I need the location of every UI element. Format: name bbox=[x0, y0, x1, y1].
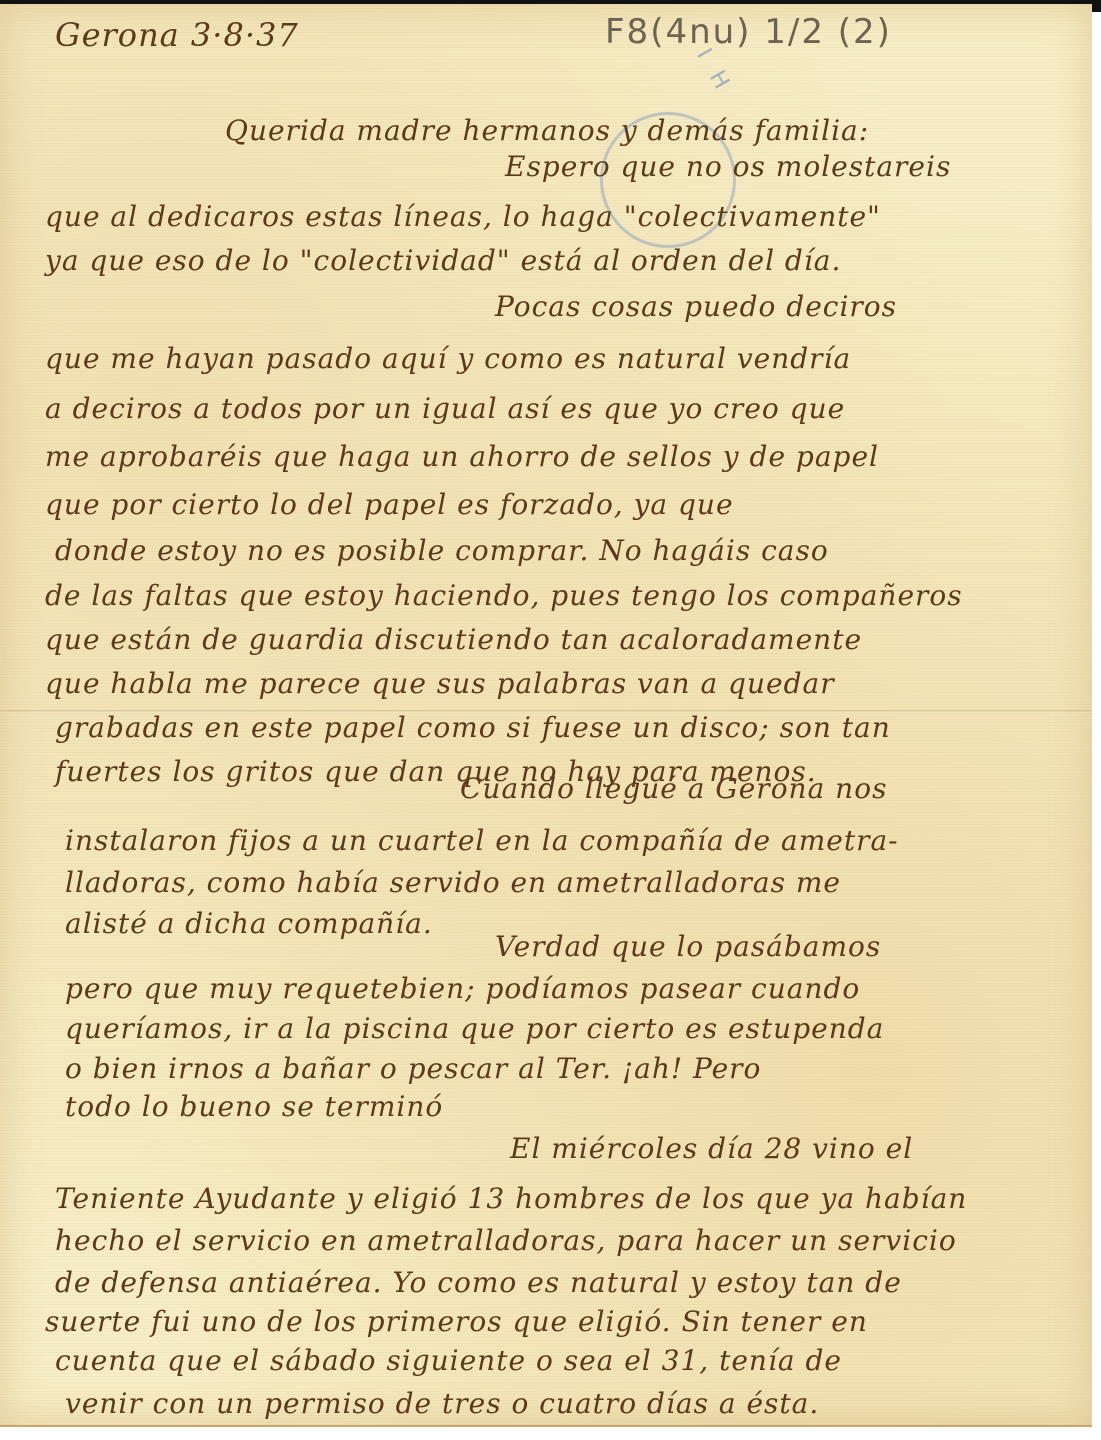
letter-line: que por cierto lo del papel es forzado, … bbox=[45, 488, 734, 521]
letter-line: El miércoles día 28 vino el bbox=[510, 1132, 913, 1165]
letter-line: Espero que no os molestareis bbox=[505, 150, 951, 183]
place-date: Gerona 3·8·37 bbox=[55, 16, 299, 54]
letter-page: I H F8(4nu) 1/2 (2) Gerona 3·8·37 Querid… bbox=[0, 4, 1092, 1427]
letter-line: Cuando llegué a Gerona nos bbox=[460, 772, 887, 805]
letter-line: alisté a dicha compañía. bbox=[65, 907, 433, 940]
letter-line: me aprobaréis que haga un ahorro de sell… bbox=[45, 440, 879, 473]
letter-line: que al dedicaros estas líneas, lo haga "… bbox=[45, 200, 881, 233]
stamp-letters: I H bbox=[691, 44, 737, 98]
letter-line: venir con un permiso de tres o cuatro dí… bbox=[65, 1387, 819, 1420]
letter-line: que están de guardia discutiendo tan aca… bbox=[45, 623, 862, 656]
letter-line: Verdad que lo pasábamos bbox=[495, 930, 881, 963]
letter-line: que habla me parece que sus palabras van… bbox=[45, 667, 835, 700]
letter-line: instalaron fijos a un cuartel en la comp… bbox=[65, 824, 899, 857]
letter-line: grabadas en este papel como si fuese un … bbox=[55, 711, 891, 744]
letter-line: de defensa antiaérea. Yo como es natural… bbox=[55, 1266, 902, 1299]
letter-line: Pocas cosas puedo deciros bbox=[495, 290, 897, 323]
letter-line: Teniente Ayudante y eligió 13 hombres de… bbox=[55, 1182, 967, 1215]
letter-line: suerte fui uno de los primeros que eligi… bbox=[45, 1305, 868, 1338]
letter-line: hecho el servicio en ametralladoras, par… bbox=[55, 1224, 957, 1257]
letter-line: o bien irnos a bañar o pescar al Ter. ¡a… bbox=[65, 1052, 761, 1085]
letter-line: cuenta que el sábado siguiente o sea el … bbox=[55, 1344, 842, 1377]
letter-line: todo lo bueno se terminó bbox=[65, 1090, 443, 1123]
letter-line: lladoras, como había servido en ametrall… bbox=[65, 866, 841, 899]
letter-line: pero que muy requetebien; podíamos pasea… bbox=[65, 972, 860, 1005]
letter-line: que me hayan pasado aquí y como es natur… bbox=[45, 342, 851, 375]
letter-line: queríamos, ir a la piscina que por ciert… bbox=[65, 1012, 884, 1045]
letter-line: donde estoy no es posible comprar. No ha… bbox=[55, 534, 829, 567]
archive-reference: F8(4nu) 1/2 (2) bbox=[605, 12, 892, 52]
letter-line: a deciros a todos por un igual así es qu… bbox=[45, 392, 845, 425]
letter-line: ya que eso de lo "colectividad" está al … bbox=[45, 244, 841, 277]
salutation: Querida madre hermanos y demás familia: bbox=[225, 114, 869, 147]
letter-line: de las faltas que estoy haciendo, pues t… bbox=[45, 579, 963, 612]
